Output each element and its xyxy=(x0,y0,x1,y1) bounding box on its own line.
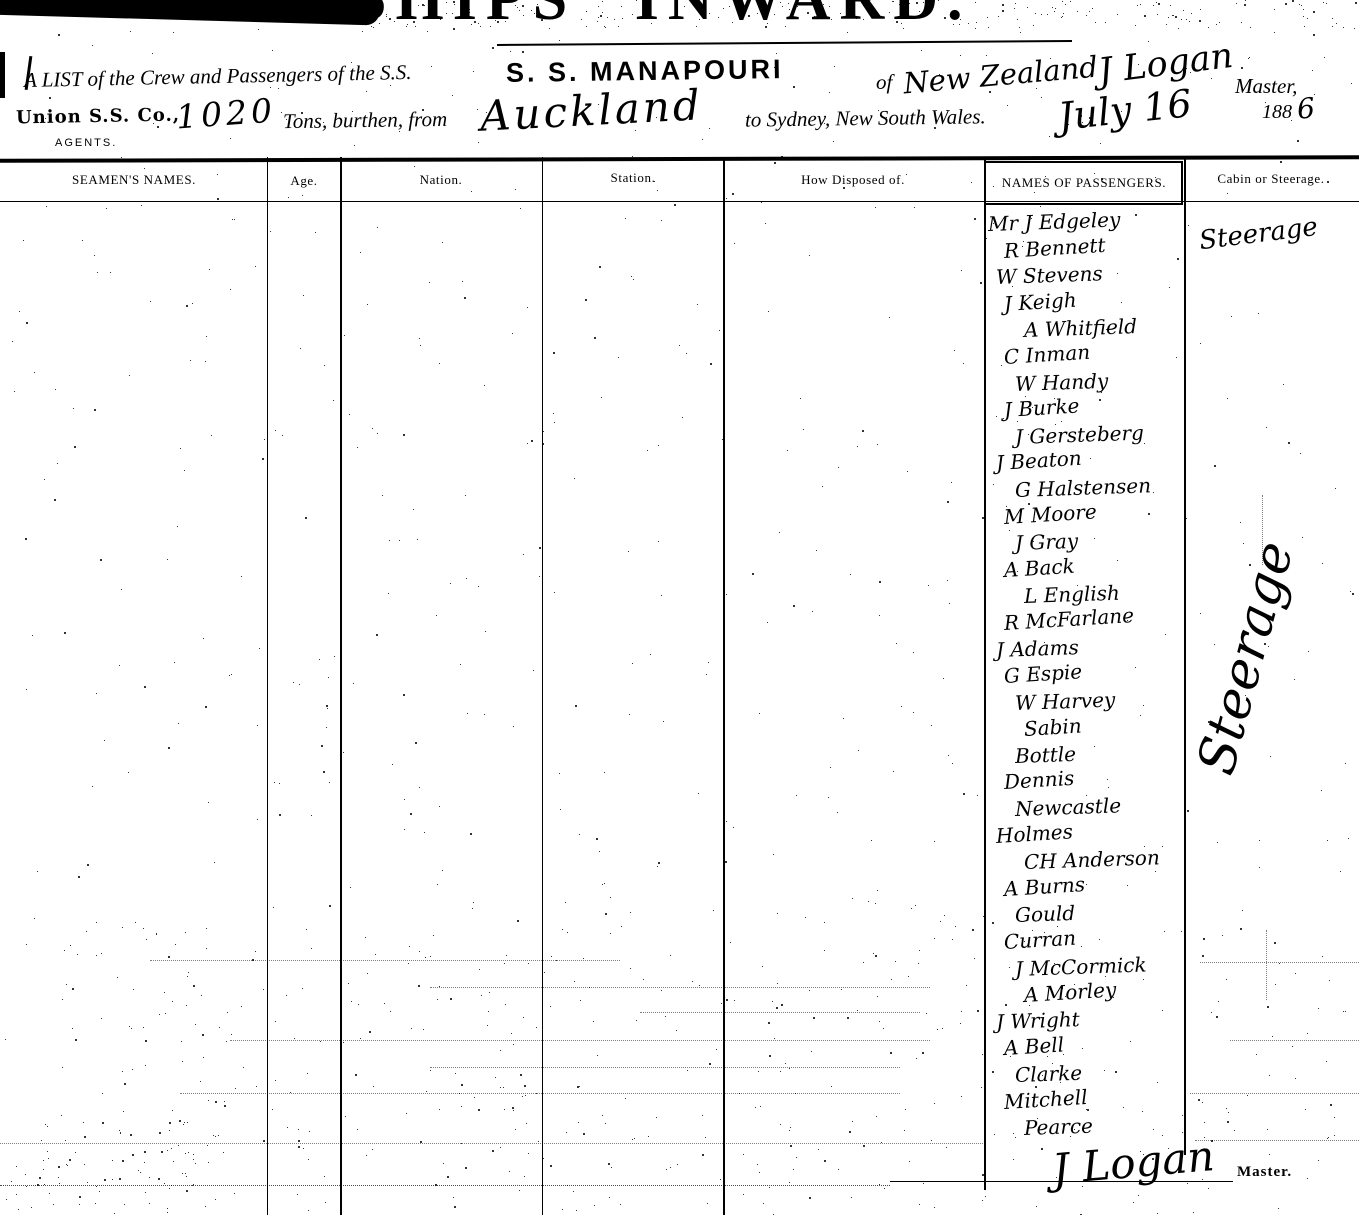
scan-noise-dot xyxy=(344,335,345,336)
scan-noise-dot xyxy=(1318,1160,1319,1161)
scan-noise-dot xyxy=(1148,41,1149,42)
scan-noise-dot xyxy=(320,1041,321,1042)
scan-noise-dot xyxy=(896,21,898,23)
scan-noise-dot xyxy=(656,1117,657,1118)
scan-noise-dot xyxy=(45,118,46,119)
agents-label: AGENTS. xyxy=(55,137,117,149)
scan-noise-dot xyxy=(373,1086,374,1087)
scan-noise-dot xyxy=(1241,22,1242,23)
scan-noise-dot xyxy=(762,966,763,967)
scan-noise-dot xyxy=(934,1207,935,1208)
scan-noise-dot xyxy=(922,1052,924,1054)
scan-noise-dot xyxy=(848,12,850,14)
scan-noise-dot xyxy=(1269,1154,1270,1155)
scan-noise-dot xyxy=(1036,1206,1037,1207)
scan-noise-dot xyxy=(403,694,405,696)
scan-noise-dot xyxy=(367,304,368,305)
scan-noise-dot xyxy=(394,21,395,22)
scan-noise-dot xyxy=(1345,1011,1346,1012)
scan-noise-dot xyxy=(1268,646,1269,647)
scan-noise-dot xyxy=(575,705,577,707)
scan-noise-dot xyxy=(1055,424,1056,425)
scan-noise-dot xyxy=(838,467,839,468)
scan-noise-dot xyxy=(1203,938,1205,940)
scan-noise-dot xyxy=(722,439,723,440)
scan-noise-dot xyxy=(473,902,474,903)
scan-noise-dot xyxy=(478,23,479,24)
scan-noise-dot xyxy=(573,1191,574,1192)
scan-noise-dot xyxy=(215,1136,216,1137)
scan-noise-dot xyxy=(1187,810,1189,812)
scan-noise-dot xyxy=(487,1025,488,1026)
scan-noise-dot xyxy=(1044,932,1045,933)
scan-noise-dot xyxy=(341,363,342,364)
scan-noise-dot xyxy=(1013,1133,1014,1134)
scan-noise-dot xyxy=(522,51,524,53)
scan-noise-dot xyxy=(581,19,582,20)
scan-noise-dot xyxy=(184,470,185,471)
scan-noise-dot xyxy=(757,1164,758,1165)
scan-noise-dot xyxy=(857,1010,858,1011)
scan-noise-dot xyxy=(484,385,485,386)
scan-noise-dot xyxy=(975,28,976,29)
scan-noise-dot xyxy=(1334,1117,1335,1118)
scan-noise-dot xyxy=(873,953,874,954)
scan-noise-dot xyxy=(31,1207,32,1208)
scan-noise-dot xyxy=(1352,593,1354,595)
scan-noise-dot xyxy=(1216,1016,1218,1018)
scan-noise-dot xyxy=(47,1151,48,1152)
scan-noise-dot xyxy=(796,795,797,796)
scan-noise-dot xyxy=(850,574,851,575)
scan-noise-dot xyxy=(829,92,830,93)
scan-noise-dot xyxy=(272,50,273,51)
scan-noise-dot xyxy=(852,898,853,899)
scan-noise-dot xyxy=(831,1086,832,1087)
tons-handwritten: 1020 xyxy=(175,91,277,137)
scan-noise-dot xyxy=(1108,787,1109,788)
scan-noise-dot xyxy=(876,1116,877,1117)
scan-noise-dot xyxy=(768,1022,770,1024)
scan-noise-dot xyxy=(351,1001,352,1002)
scan-noise-dot xyxy=(708,662,709,663)
scan-noise-dot xyxy=(636,0,637,1)
scan-noise-dot xyxy=(942,1028,943,1029)
scan-noise-dot xyxy=(462,281,463,282)
scan-noise-dot xyxy=(55,389,56,390)
col-station: Station. xyxy=(611,170,656,186)
scan-noise-dot xyxy=(739,1093,740,1094)
scan-noise-dot xyxy=(1143,1154,1144,1155)
scan-noise-dot xyxy=(1182,1132,1183,1133)
scan-noise-dot xyxy=(1259,867,1260,868)
scan-noise-dot xyxy=(272,1109,273,1110)
scan-noise-dot xyxy=(205,361,206,362)
scan-noise-dot xyxy=(408,4,409,5)
scan-noise-dot xyxy=(1121,111,1122,112)
scan-line xyxy=(150,960,620,961)
scan-noise-dot xyxy=(44,1184,45,1185)
scan-noise-dot xyxy=(862,430,864,432)
scan-noise-dot xyxy=(602,1,603,2)
scan-noise-dot xyxy=(748,15,750,17)
scan-noise-dot xyxy=(120,1132,121,1133)
scan-noise-dot xyxy=(1035,1086,1037,1088)
scan-noise-dot xyxy=(656,117,657,118)
scan-noise-dot xyxy=(757,13,758,14)
scan-noise-dot xyxy=(386,14,387,15)
printed-destination: to Sydney, New South Wales. xyxy=(745,104,986,132)
scan-noise-dot xyxy=(954,350,955,351)
scan-noise-dot xyxy=(1226,979,1227,980)
scan-noise-dot xyxy=(1300,453,1301,454)
scan-noise-dot xyxy=(748,3,749,4)
scan-noise-dot xyxy=(167,1212,168,1213)
scan-noise-dot xyxy=(562,929,563,930)
scan-noise-dot xyxy=(550,1165,552,1167)
scan-noise-dot xyxy=(986,55,987,56)
scan-noise-dot xyxy=(788,3,789,4)
scan-noise-dot xyxy=(1222,935,1223,936)
scan-noise-dot xyxy=(841,989,842,990)
scan-noise-dot xyxy=(852,1121,853,1122)
scan-noise-dot xyxy=(1351,83,1352,84)
scan-noise-dot xyxy=(46,206,47,207)
scan-noise-dot xyxy=(83,1122,84,1123)
scan-noise-dot xyxy=(403,434,405,436)
scan-noise-dot xyxy=(809,1197,811,1199)
scan-noise-dot xyxy=(636,1020,637,1021)
scan-noise-dot xyxy=(372,428,373,429)
scan-noise-dot xyxy=(1200,9,1201,10)
scan-noise-dot xyxy=(934,938,935,939)
scan-noise-dot xyxy=(132,1069,133,1070)
scan-line xyxy=(640,1012,920,1013)
scan-noise-dot xyxy=(1061,421,1062,422)
scan-noise-dot xyxy=(167,1150,168,1151)
scan-noise-dot xyxy=(288,197,289,198)
scan-noise-dot xyxy=(72,1028,73,1029)
scan-noise-dot xyxy=(354,145,355,146)
scan-noise-dot xyxy=(360,1038,361,1039)
scan-noise-dot xyxy=(1005,943,1007,945)
scan-noise-dot xyxy=(583,958,584,959)
scan-noise-dot xyxy=(53,1204,54,1205)
scan-noise-dot xyxy=(442,242,443,243)
scan-noise-dot xyxy=(1175,16,1177,18)
scan-noise-dot xyxy=(41,1140,42,1141)
scan-noise-dot xyxy=(497,21,499,23)
scan-noise-dot xyxy=(234,1193,235,1194)
scan-noise-dot xyxy=(58,34,60,36)
scan-noise-dot xyxy=(1089,117,1091,119)
scan-noise-dot xyxy=(206,928,207,929)
scan-noise-dot xyxy=(418,985,420,987)
scan-noise-dot xyxy=(877,890,878,891)
scan-noise-dot xyxy=(439,986,440,987)
scan-noise-dot xyxy=(611,1167,612,1168)
scan-noise-dot xyxy=(150,301,151,302)
scan-noise-dot xyxy=(907,2,908,3)
scan-noise-dot xyxy=(262,458,264,460)
scan-noise-dot xyxy=(215,1199,216,1200)
scan-noise-dot xyxy=(776,53,777,54)
scan-noise-dot xyxy=(371,9,372,10)
scan-noise-dot xyxy=(430,5,431,6)
scan-noise-dot xyxy=(666,1169,667,1170)
col-rule-5 xyxy=(984,157,986,1190)
scan-noise-dot xyxy=(211,435,212,436)
col-seamens-names: SEAMEN'S NAMES. xyxy=(72,172,196,188)
scan-noise-dot xyxy=(69,1159,71,1161)
scan-noise-dot xyxy=(161,1151,163,1153)
scan-noise-dot xyxy=(186,305,188,307)
scan-noise-dot xyxy=(1181,19,1182,20)
scan-noise-dot xyxy=(259,648,260,649)
scan-noise-dot xyxy=(602,12,603,13)
scan-noise-dot xyxy=(985,1196,986,1197)
scan-noise-dot xyxy=(406,1113,407,1114)
scan-noise-dot xyxy=(868,901,869,902)
scan-noise-dot xyxy=(1057,926,1058,927)
scan-noise-dot xyxy=(307,1073,308,1074)
scan-noise-dot xyxy=(270,87,271,88)
scan-noise-dot xyxy=(100,559,102,561)
scan-noise-dot xyxy=(780,2,781,3)
scan-noise-dot xyxy=(26,1186,27,1187)
scan-noise-dot xyxy=(257,725,258,726)
scan-noise-dot xyxy=(25,1174,26,1175)
scan-noise-dot xyxy=(1002,10,1004,12)
scan-noise-dot xyxy=(1176,357,1177,358)
scan-noise-dot xyxy=(1100,143,1101,144)
scan-noise-dot xyxy=(503,1087,504,1088)
scan-noise-dot xyxy=(670,955,671,956)
scan-noise-dot xyxy=(948,755,949,756)
scan-noise-dot xyxy=(1157,14,1158,15)
scan-noise-dot xyxy=(104,1179,106,1181)
scan-noise-dot xyxy=(92,45,93,46)
scan-noise-dot xyxy=(1330,1104,1332,1106)
scan-noise-dot xyxy=(34,918,35,919)
scan-noise-dot xyxy=(389,540,390,541)
scan-noise-dot xyxy=(102,1093,103,1094)
scan-noise-dot xyxy=(972,929,974,931)
scan-noise-dot xyxy=(823,8,824,9)
scan-noise-dot xyxy=(484,714,485,715)
scan-noise-dot xyxy=(1216,24,1217,25)
scan-noise-dot xyxy=(1140,1151,1141,1152)
scan-noise-dot xyxy=(875,955,877,957)
scan-noise-dot xyxy=(218,1135,219,1136)
scan-noise-dot xyxy=(258,29,259,30)
scan-noise-dot xyxy=(243,1067,244,1068)
scan-noise-dot xyxy=(174,662,175,663)
scan-noise-dot xyxy=(1162,1010,1163,1011)
scan-noise-dot xyxy=(354,21,355,22)
scan-noise-dot xyxy=(733,827,734,828)
scan-noise-dot xyxy=(23,240,24,241)
scan-noise-dot xyxy=(559,40,560,41)
scan-noise-dot xyxy=(726,594,727,595)
scan-noise-dot xyxy=(828,797,829,798)
scan-noise-dot xyxy=(301,112,303,114)
scan-noise-dot xyxy=(187,1122,188,1123)
scan-noise-dot xyxy=(327,708,328,709)
scan-noise-dot xyxy=(853,15,854,16)
scan-noise-dot xyxy=(500,1147,501,1148)
scan-noise-dot xyxy=(1218,1001,1219,1002)
scan-noise-dot xyxy=(1082,1186,1083,1187)
scan-noise-dot xyxy=(209,269,210,270)
scan-noise-dot xyxy=(252,959,254,961)
scan-noise-dot xyxy=(149,1203,150,1204)
scan-noise-dot xyxy=(1041,1148,1043,1150)
scan-noise-dot xyxy=(188,1152,189,1153)
scan-noise-dot xyxy=(1063,13,1064,14)
scan-noise-dot xyxy=(417,539,418,540)
scan-noise-dot xyxy=(66,1164,67,1165)
scan-noise-dot xyxy=(1074,984,1075,985)
scan-noise-dot xyxy=(1144,846,1145,847)
scan-noise-dot xyxy=(800,398,801,399)
scan-noise-dot xyxy=(450,583,451,584)
ship-name-rule xyxy=(497,40,1072,46)
scan-noise-dot xyxy=(537,4,538,5)
scan-noise-dot xyxy=(544,972,545,973)
scan-noise-dot xyxy=(952,763,953,764)
scan-noise-dot xyxy=(190,360,191,361)
scan-noise-dot xyxy=(1228,1112,1229,1113)
scan-noise-dot xyxy=(340,933,341,934)
scan-noise-dot xyxy=(1099,399,1101,401)
scan-noise-dot xyxy=(1104,1070,1105,1071)
scan-noise-dot xyxy=(875,207,876,208)
scan-noise-dot xyxy=(1015,3,1016,4)
scan-noise-dot xyxy=(665,1016,666,1017)
scan-noise-dot xyxy=(471,24,472,25)
scan-noise-dot xyxy=(361,4,363,6)
scan-noise-dot xyxy=(303,1148,304,1149)
scan-noise-dot xyxy=(519,10,520,11)
scan-noise-dot xyxy=(472,908,473,909)
scan-noise-dot xyxy=(58,1166,60,1168)
scan-noise-dot xyxy=(1291,120,1292,121)
scan-noise-dot xyxy=(329,782,330,783)
scan-noise-dot xyxy=(621,6,622,7)
scan-noise-dot xyxy=(1332,26,1333,27)
scan-noise-dot xyxy=(1061,17,1062,18)
scan-noise-dot xyxy=(92,786,93,787)
scan-noise-dot xyxy=(1303,9,1304,10)
scan-noise-dot xyxy=(618,26,619,27)
scan-noise-dot xyxy=(1045,176,1046,177)
scan-noise-dot xyxy=(1094,538,1095,539)
scan-noise-dot xyxy=(1250,27,1251,28)
scan-noise-dot xyxy=(128,772,129,773)
scan-noise-dot xyxy=(1312,70,1313,71)
scan-noise-dot xyxy=(721,1003,722,1004)
scan-noise-dot xyxy=(112,1179,113,1180)
scan-noise-dot xyxy=(926,3,927,4)
scan-noise-dot xyxy=(909,3,910,4)
scan-noise-dot xyxy=(1322,956,1323,957)
scan-noise-dot xyxy=(195,1024,196,1025)
scan-noise-dot xyxy=(213,1135,214,1136)
scan-noise-dot xyxy=(99,1191,100,1192)
scan-noise-dot xyxy=(430,1070,431,1071)
scan-noise-dot xyxy=(423,1029,424,1030)
scan-noise-dot xyxy=(1270,756,1271,757)
scan-noise-dot xyxy=(319,659,320,660)
scan-noise-dot xyxy=(488,1011,489,1012)
scan-noise-dot xyxy=(1226,1108,1227,1109)
scan-noise-dot xyxy=(500,1050,501,1051)
scan-noise-dot xyxy=(896,643,897,644)
scan-noise-dot xyxy=(129,375,130,376)
scan-noise-dot xyxy=(594,337,596,339)
scan-noise-dot xyxy=(1350,591,1351,592)
scan-noise-dot xyxy=(699,985,700,986)
scan-noise-dot xyxy=(1168,1148,1169,1149)
scan-noise-dot xyxy=(175,944,176,945)
scan-noise-dot xyxy=(567,932,568,933)
scan-noise-dot xyxy=(1264,643,1266,645)
scan-noise-dot xyxy=(311,948,312,949)
scan-noise-dot xyxy=(437,884,438,885)
scan-noise-dot xyxy=(982,1200,983,1201)
scan-noise-dot xyxy=(975,2,976,3)
scan-noise-dot xyxy=(350,887,351,888)
scan-noise-dot xyxy=(193,1154,194,1155)
scan-noise-dot xyxy=(761,202,762,203)
scan-noise-dot xyxy=(1248,58,1249,59)
scan-noise-dot xyxy=(676,1030,677,1031)
scan-noise-dot xyxy=(878,110,879,111)
scan-noise-dot xyxy=(49,97,51,99)
scan-noise-dot xyxy=(404,799,405,800)
scan-noise-dot xyxy=(223,1152,224,1153)
scan-noise-dot xyxy=(471,191,472,192)
scan-noise-dot xyxy=(720,1179,721,1180)
scan-noise-dot xyxy=(520,1074,522,1076)
scan-noise-dot xyxy=(542,443,544,445)
scan-noise-dot xyxy=(519,1190,520,1191)
scan-noise-dot xyxy=(1062,16,1063,17)
scan-noise-dot xyxy=(539,547,541,549)
scan-noise-dot xyxy=(1135,214,1137,216)
scan-noise-dot xyxy=(446,2,447,3)
scan-noise-dot xyxy=(26,322,28,324)
scan-noise-dot xyxy=(392,764,393,765)
scan-noise-dot xyxy=(605,913,607,915)
scan-noise-dot xyxy=(987,17,988,18)
scan-noise-dot xyxy=(62,1067,63,1068)
scan-noise-dot xyxy=(1200,343,1201,344)
scan-noise-dot xyxy=(215,1101,217,1103)
scan-noise-dot xyxy=(230,289,231,290)
scan-noise-dot xyxy=(315,232,316,233)
scan-noise-dot xyxy=(993,223,994,224)
scan-noise-dot xyxy=(916,2,918,4)
scan-noise-dot xyxy=(1050,58,1051,59)
scan-noise-dot xyxy=(895,961,896,962)
scan-noise-dot xyxy=(1156,2,1157,3)
scan-noise-dot xyxy=(1117,14,1118,15)
scan-noise-dot xyxy=(208,802,209,803)
scan-noise-dot xyxy=(793,605,795,607)
scan-noise-dot xyxy=(1082,122,1083,123)
